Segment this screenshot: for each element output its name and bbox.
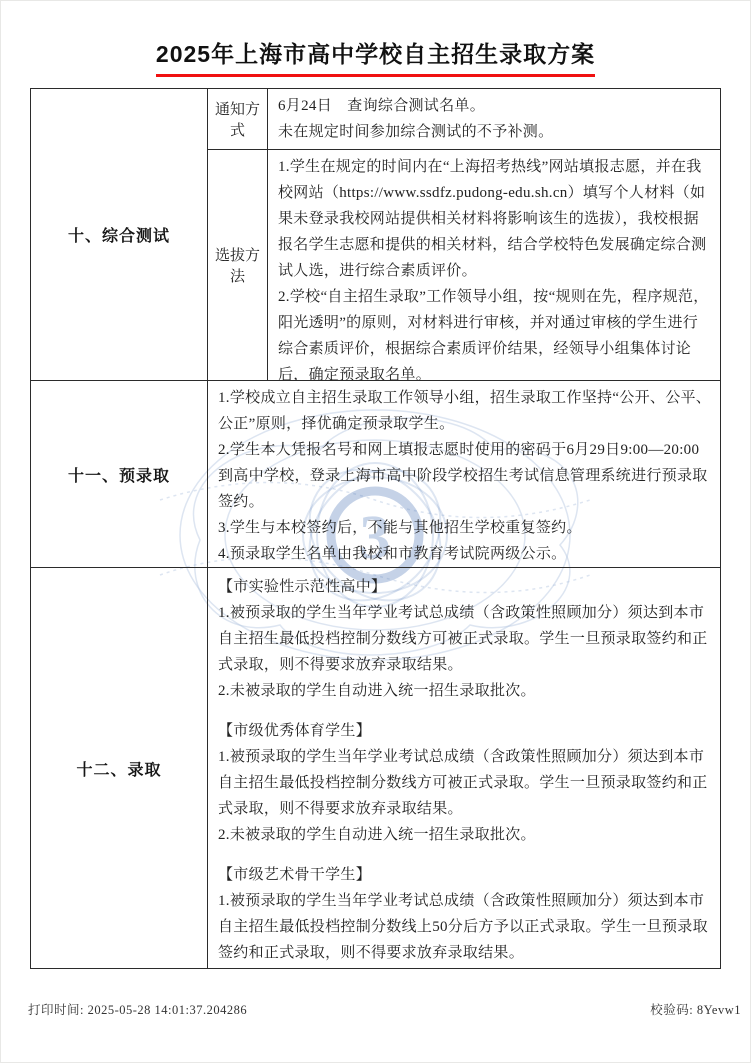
section-label-comprehensive-test: 十、综合测试 — [31, 89, 208, 381]
page-footer: 打印时间: 2025-05-28 14:01:37.204286 校验码: 8Y… — [0, 998, 751, 1020]
paragraph: 1.被预录取的学生当年学业考试总成绩（含政策性照顾加分）须达到本市自主招生最低投… — [218, 744, 712, 822]
block-heading: 【市实验性示范性高中】 — [218, 574, 712, 600]
print-time: 打印时间: 2025-05-28 14:01:37.204286 — [28, 1000, 247, 1018]
paragraph: 1.学校成立自主招生录取工作领导小组，招生录取工作坚持“公开、公平、公正”原则，… — [218, 385, 712, 437]
subrow-label-selection-method: 选拔方法 — [208, 150, 268, 381]
admission-plan-table: 十、综合测试 通知方式 6月24日 查询综合测试名单。未在规定时间参加综合测试的… — [30, 88, 721, 969]
paragraph: 2.学校“自主招生录取”工作领导小组，按“规则在先，程序规范，阳光透明”的原则，… — [278, 284, 712, 380]
selection-method-content: 1.学生在规定的时间内在“上海招考热线”网站填报志愿，并在我校网站（https:… — [268, 150, 720, 380]
block-heading: 【市级优秀体育学生】 — [218, 718, 712, 744]
paragraph: 2.未被录取的学生自动进入统一招生录取批次。 — [218, 822, 712, 848]
notify-method-content: 6月24日 查询综合测试名单。未在规定时间参加综合测试的不予补测。 — [268, 89, 720, 149]
paragraph: 1.学生在规定的时间内在“上海招考热线”网站填报志愿，并在我校网站（https:… — [278, 154, 712, 284]
paragraph: 1.被预录取的学生当年学业考试总成绩（含政策性照顾加分）须达到本市自主招生最低投… — [218, 888, 712, 966]
document-page: 3 2025年上海市高中学校自主招生录取方案 十、综合测试 通知方式 6月24日… — [0, 0, 751, 1063]
paragraph: 2.未被录取的学生自动进入名额分配综合评价录取批次或统一招生录取批次。 — [218, 966, 712, 968]
paragraph: 4.预录取学生名单由我校和市教育考试院两级公示。 — [218, 541, 712, 567]
verify-code: 校验码: 8Yevw1 — [650, 1000, 741, 1018]
page-title: 2025年上海市高中学校自主招生录取方案 — [0, 36, 751, 77]
paragraph: 2.学生本人凭报名号和网上填报志愿时使用的密码于6月29日9:00—20:00到… — [218, 437, 712, 515]
section-label-admission: 十二、录取 — [31, 568, 208, 969]
admission-content: 【市实验性示范性高中】1.被预录取的学生当年学业考试总成绩（含政策性照顾加分）须… — [208, 568, 720, 968]
section-label-pre-admission: 十一、预录取 — [31, 381, 208, 568]
page-title-text: 2025年上海市高中学校自主招生录取方案 — [156, 36, 595, 77]
paragraph: 6月24日 查询综合测试名单。 — [278, 93, 712, 119]
paragraph: 未在规定时间参加综合测试的不予补测。 — [278, 119, 712, 145]
subrow-label-notify-method: 通知方式 — [208, 89, 268, 150]
block-heading: 【市级艺术骨干学生】 — [218, 862, 712, 888]
paragraph: 3.学生与本校签约后，不能与其他招生学校重复签约。 — [218, 515, 712, 541]
paragraph: 1.被预录取的学生当年学业考试总成绩（含政策性照顾加分）须达到本市自主招生最低投… — [218, 600, 712, 678]
pre-admission-content: 1.学校成立自主招生录取工作领导小组，招生录取工作坚持“公开、公平、公正”原则，… — [208, 381, 720, 567]
paragraph: 2.未被录取的学生自动进入统一招生录取批次。 — [218, 678, 712, 704]
